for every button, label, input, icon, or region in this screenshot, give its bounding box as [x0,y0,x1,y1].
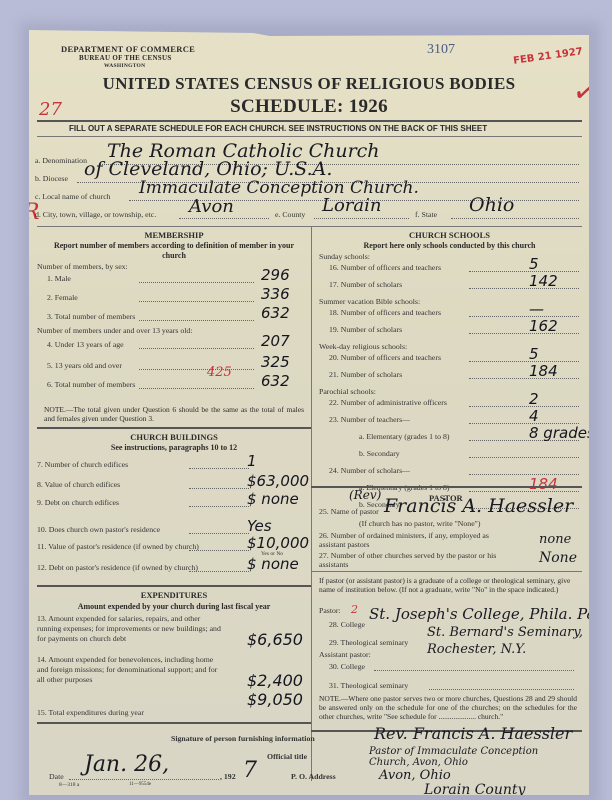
department-label: DEPARTMENT OF COMMERCE [61,44,195,54]
membership-note: NOTE.—The total given under Question 6 s… [44,405,304,423]
date-label: Date [49,772,64,781]
city-field-label: d. City, town, village, or township, etc… [35,210,156,219]
denomination-label: a. Denomination [35,156,87,165]
print-code: 11—9554e [129,782,151,787]
school-item-label: 19. Number of scholars [329,325,402,334]
school-item-label: a. Elementary (grades 1 to 8) [359,432,450,441]
expenditure-15-value: $9,050 [247,690,303,709]
official-title-label: Official title [267,752,307,761]
yes-no-hint: Yes or No [261,551,283,557]
school-item-value: 184 [529,362,558,380]
school-item-label: 21. Number of scholars [329,370,402,379]
form-code: 8—318 a [59,782,79,788]
form-schedule-year: SCHEDULE: 1926 [29,96,589,118]
school-group-label: Week-day religious schools: [319,342,407,351]
membership-q2-value: 336 [261,285,290,303]
pastor-prefix: (Rev) [349,488,381,502]
pastor-subhead: Pastor: [319,606,341,615]
seminary-label: 29. Theological seminary [329,638,408,647]
census-schedule-document: DEPARTMENT OF COMMERCE BUREAU OF THE CEN… [29,30,589,795]
school-item-label: 18. Number of officers and teachers [329,308,441,317]
building-q9-value: $ none [247,490,299,508]
membership-q3-label: 3. Total number of members [47,312,135,321]
building-q12-label: 12. Debt on pastor's residence (if owned… [37,563,202,572]
membership-instruction: Report number of members according to de… [49,241,299,261]
school-item-value: 142 [529,272,558,290]
state-label: f. State [415,210,437,219]
membership-q6-label: 6. Total number of members [47,380,135,389]
membership-q1-value: 296 [261,266,290,284]
membership-q5-label: 5. 13 years old and over [47,361,122,370]
q27-label: 27. Number of other churches served by t… [319,551,499,569]
school-item-label: 20. Number of officers and teachers [329,353,441,362]
form-title: UNITED STATES CENSUS OF RELIGIOUS BODIES [29,74,589,94]
membership-q4-label: 4. Under 13 years of age [47,340,124,349]
building-q10-value: Yes [247,517,272,535]
building-q8-label: 8. Value of church edifices [37,480,120,489]
building-q8-value: $63,000 [247,472,309,490]
county-value: Lorain [322,195,381,216]
school-group-label: Parochial schools: [319,387,376,396]
school-item-label: 17. Number of scholars [329,280,402,289]
expenditure-14-label: 14. Amount expended for benevolences, in… [37,655,222,685]
school-item-label: b. Secondary [359,449,400,458]
school-item-value: 5 [529,345,539,363]
po-address-label: P. O. Address [291,772,336,781]
school-group-label: Summer vacation Bible schools: [319,297,420,306]
building-q11-value: $10,000 [247,534,309,552]
official-title-value: Pastor of Immaculate Conception Church, … [369,746,569,768]
assistant-college-label: 30. College [329,662,365,671]
serial-number: 3107 [427,42,455,58]
assistant-subhead: Assistant pastor: [319,650,371,659]
membership-q1-label: 1. Male [47,274,71,283]
age-label: Number of members under and over 13 year… [37,326,192,335]
expenditure-14-value: $2,400 [247,671,303,690]
school-item-value: 162 [529,317,558,335]
po-address-value: Avon, Ohio [379,768,451,783]
pastor-name-value: Francis A. Haessler [384,495,573,517]
building-q12-value: $ none [247,555,299,573]
college-value: St. Joseph's College, Phila. Pa. [369,605,600,623]
building-q11-label: 11. Value of pastor's residence (if owne… [37,542,202,551]
bureau-label: BUREAU OF THE CENSUS [79,54,172,62]
expenditures-instruction: Amount expended by your church during la… [39,602,309,612]
received-date-stamp: FEB 21 1927 [513,46,584,67]
membership-q2-label: 2. Female [47,293,78,302]
state-value: Ohio [469,194,514,216]
city-label: WASHINGTON [104,63,145,69]
school-item-label: 22. Number of administrative officers [329,398,447,407]
local-name-label: c. Local name of church [35,192,111,201]
buildings-heading: CHURCH BUILDINGS [39,432,309,442]
pastor-mark: 2 [351,603,358,616]
membership-q6-value: 632 [261,372,290,390]
buildings-instruction: See instructions, paragraphs 10 to 12 [39,443,309,453]
school-item-value: 4 [529,407,539,425]
expenditure-13-label: 13. Amount expended for salaries, repair… [37,614,222,644]
school-item-label: 16. Number of officers and teachers [329,263,441,272]
pastor-note: NOTE.—Where one pastor serves two or mor… [319,694,577,721]
pastor-name-hint: (If church has no pastor, write "None") [359,519,480,528]
building-q9-label: 9. Debt on church edifices [37,498,119,507]
graduate-instruction: If pastor (or assistant pastor) is a gra… [319,576,577,594]
membership-q4-value: 207 [261,332,290,350]
county-label: e. County [275,210,305,219]
school-item-label: 24. Number of scholars— [329,466,410,475]
membership-q5-value: 325 [261,353,290,371]
schools-heading: CHURCH SCHOOLS [317,230,582,240]
membership-heading: MEMBERSHIP [39,230,309,240]
pastor-name-label: 25. Name of pastor [319,507,379,516]
seminary-value: St. Bernard's Seminary, Rochester, N.Y. [427,624,587,658]
q26-value: none [539,532,571,547]
building-q10-label: 10. Does church own pastor's residence [37,525,160,534]
diocese-label: b. Diocese [35,174,68,183]
expenditures-heading: EXPENDITURES [39,590,309,600]
expenditure-15-label: 15. Total expenditures during year [37,708,144,717]
q26-label: 26. Number of ordained ministers, if any… [319,531,499,549]
school-item-value: 184 [529,475,558,493]
building-q7-value: 1 [247,452,257,470]
school-item-label: 23. Number of teachers— [329,415,410,424]
signature-value: Rev. Francis A. Haessler [374,724,572,743]
city-value: Avon [189,196,234,217]
expenditure-13-value: $6,650 [247,630,303,649]
school-item-value: 5 [529,255,539,273]
school-item-value: 8 grades [529,424,595,442]
date-value: Jan. 26, [84,752,169,777]
by-sex-label: Number of members, by sex: [37,262,128,271]
school-item-value: 2 [529,390,539,408]
school-group-label: Sunday schools: [319,252,370,261]
schools-instruction: Report here only schools conducted by th… [317,241,582,251]
q27-value: None [539,550,577,566]
year-digit: 7 [243,758,257,783]
diocese-value: of Cleveland, Ohio; U.S.A. [84,158,332,180]
building-q7-label: 7. Number of church edifices [37,460,128,469]
form-instruction: FILL OUT A SEPARATE SCHEDULE FOR EACH CH… [69,124,487,133]
membership-correction: 425 [207,365,232,380]
year-prefix: , 192 [220,772,236,781]
assistant-seminary-label: 31. Theological seminary [329,681,408,690]
signature-label: Signature of person furnishing informati… [171,734,315,743]
college-label: 28. College [329,620,365,629]
school-item-value: — [529,300,544,318]
membership-q3-value: 632 [261,304,290,322]
